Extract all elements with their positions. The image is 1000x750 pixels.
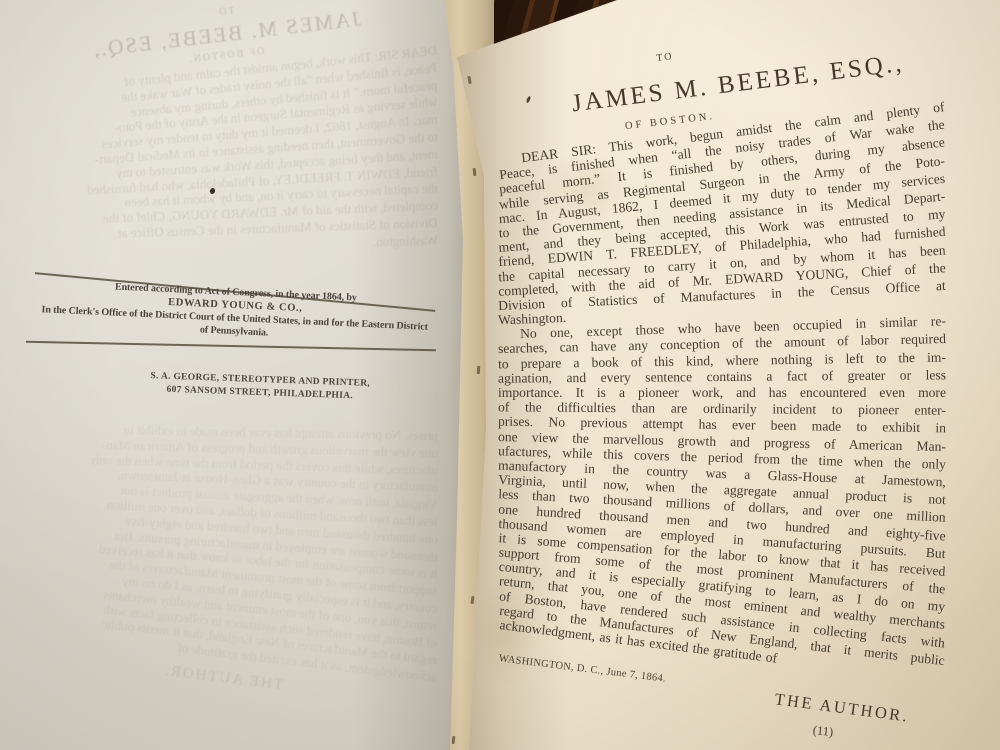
text-line: agination, and every sentence contains a… xyxy=(498,367,946,387)
book-photo: TOJAMES M. BEEBE, ESQ.,OF BOSTON.DEAR SI… xyxy=(0,0,1000,750)
page-number: (11) xyxy=(787,720,858,742)
paper-speck xyxy=(209,187,216,194)
body-lines: DEAR SIR: This work, begun amidst the ca… xyxy=(498,126,946,660)
text-line: importance. It is a pioneer work, and ha… xyxy=(498,385,946,401)
left-page-edge-shadow xyxy=(352,0,464,750)
signature: THE AUTHOR. xyxy=(751,686,932,729)
binding-stitch xyxy=(477,366,481,374)
